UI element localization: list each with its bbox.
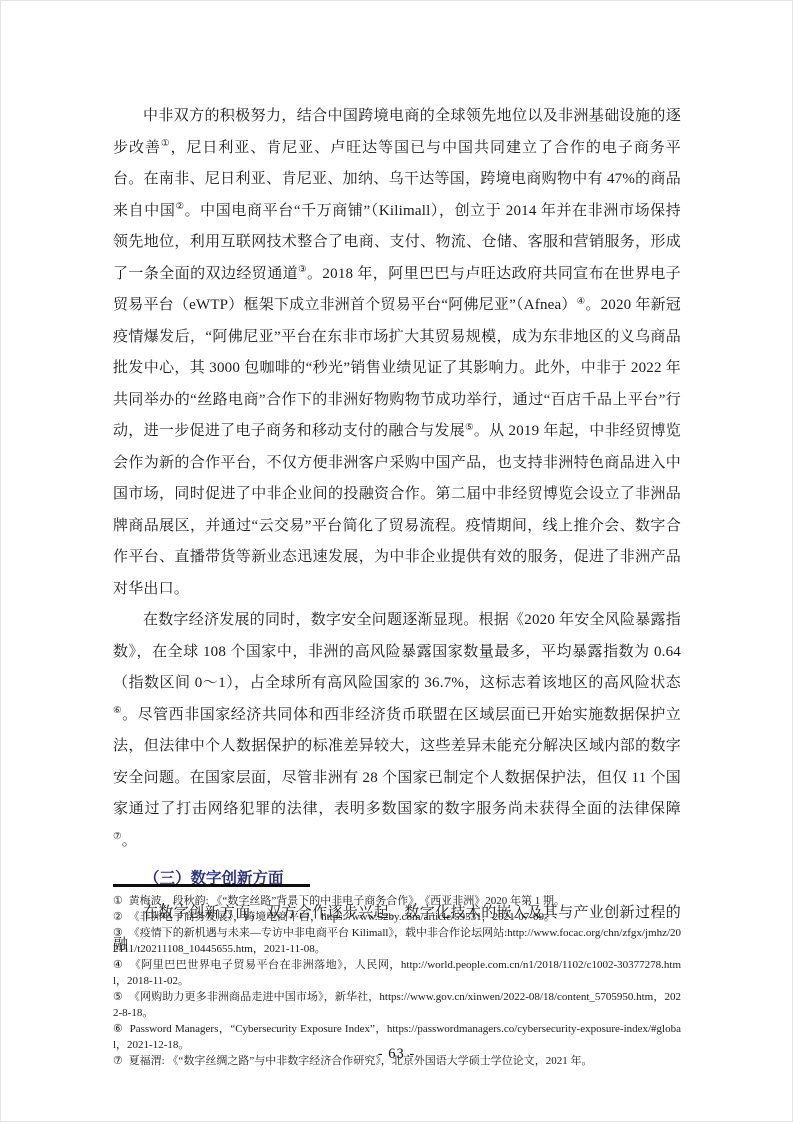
footnote-marker: ① [113, 895, 123, 907]
footnote-text: 《非洲电子商务发展》，跨境电商平台，https://www.52by.com/a… [129, 911, 555, 923]
footnote-item: ⑤ 《网购助力更多非洲商品走进中国市场》，新华社，https://www.gov… [113, 989, 681, 1021]
footnote-reference: ② [175, 202, 184, 212]
footnote-item: ④ 《阿里巴巴世界电子贸易平台在非洲落地》，人民网，http://world.p… [113, 957, 681, 989]
page-number: - 63 - [0, 1046, 793, 1063]
footnote-text: 《疫情下的新机遇与未来—专访中非电商平台 Kilimall》，载中非合作论坛网站… [113, 927, 681, 955]
footnote-item: ① 黄梅波，段秋韵: 《“数字丝路”背景下的中非电子商务合作》，《西亚非洲》20… [113, 893, 681, 909]
footnote-reference: ⑦ [113, 832, 122, 842]
document-page: 中非双方的积极努力，结合中国跨境电商的全球领先地位以及非洲基础设施的逐步改善①，… [0, 0, 793, 1122]
footnote-text: 黄梅波，段秋韵: 《“数字丝路”背景下的中非电子商务合作》，《西亚非洲》2020… [129, 895, 565, 907]
footnote-marker: ⑥ [113, 1023, 123, 1035]
footnote-text: 《阿里巴巴世界电子贸易平台在非洲落地》，人民网，http://world.peo… [113, 959, 681, 987]
page-body: 中非双方的积极努力，结合中国跨境电商的全球领先地位以及非洲基础设施的逐步改善①，… [113, 101, 681, 961]
footnotes-section: ① 黄梅波，段秋韵: 《“数字丝路”背景下的中非电子商务合作》，《西亚非洲》20… [113, 884, 681, 1069]
footnote-separator-rule [113, 884, 310, 887]
footnote-list: ① 黄梅波，段秋韵: 《“数字丝路”背景下的中非电子商务合作》，《西亚非洲》20… [113, 893, 681, 1069]
footnote-item: ③ 《疫情下的新机遇与未来—专访中非电商平台 Kilimall》，载中非合作论坛… [113, 925, 681, 957]
footnote-text: 《网购助力更多非洲商品走进中国市场》，新华社，https://www.gov.c… [113, 991, 681, 1019]
footnote-reference: ④ [577, 297, 586, 307]
footnote-marker: ② [113, 911, 123, 923]
footnote-reference: ⑤ [465, 423, 474, 433]
footnote-marker: ④ [113, 959, 123, 971]
footnote-marker: ③ [113, 927, 123, 939]
paragraph-digital-commerce: 中非双方的积极努力，结合中国跨境电商的全球领先地位以及非洲基础设施的逐步改善①，… [113, 101, 681, 605]
footnote-reference: ① [161, 139, 171, 149]
footnote-reference: ③ [298, 265, 307, 275]
paragraph-digital-security: 在数字经济发展的同时，数字安全问题逐渐显现。根据《2020 年安全风险暴露指数》… [113, 605, 681, 857]
footnote-reference: ⑥ [113, 706, 122, 716]
footnote-marker: ⑤ [113, 991, 123, 1003]
footnote-item: ② 《非洲电子商务发展》，跨境电商平台，https://www.52by.com… [113, 909, 681, 925]
